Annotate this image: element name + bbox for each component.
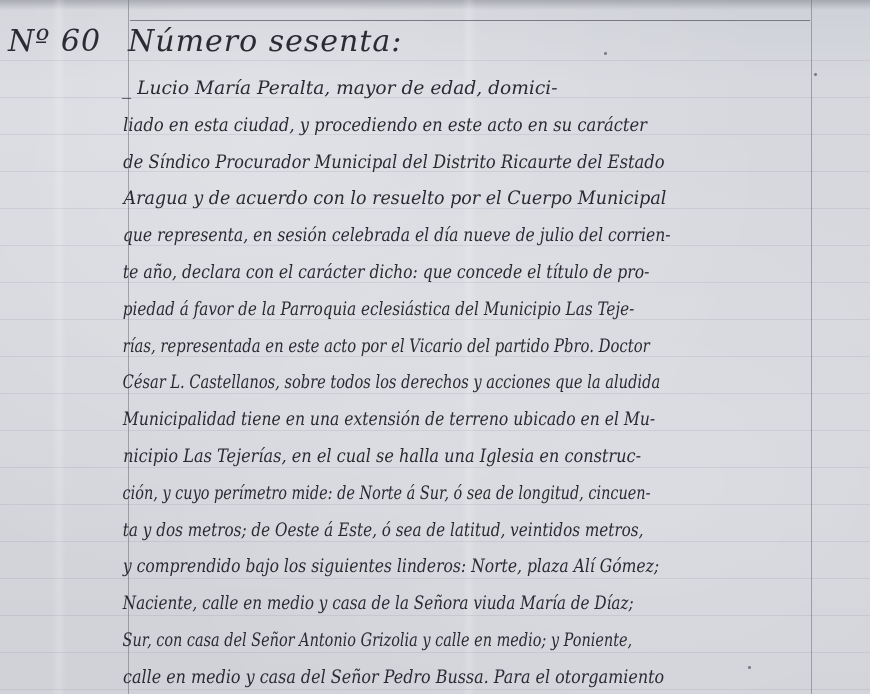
text-line: te año, declara con el carácter dicho: q…: [118, 254, 692, 291]
ruled-line: [0, 60, 870, 61]
header-rule: [130, 20, 810, 21]
text-line: ción, y cuyo perímetro mide: de Norte á …: [118, 475, 650, 512]
entry-title: Número sesenta:: [128, 24, 402, 59]
text-line: Municipalidad tiene en una extensión de …: [118, 401, 692, 438]
text-line: Aragua y de acuerdo con lo resuelto por …: [118, 180, 762, 217]
text-line: Sur, con casa del Señor Antonio Grizolia…: [118, 622, 650, 659]
text-line: de Síndico Procurador Municipal del Dist…: [118, 144, 720, 181]
text-line: nicipio Las Tejerías, en el cual se hall…: [118, 438, 713, 475]
text-line: Naciente, calle en medio y casa de la Se…: [118, 585, 678, 622]
text-line: ta y dos metros; de Oeste á Este, ó sea …: [118, 512, 678, 549]
text-line: César L. Castellanos, sobre todos los de…: [118, 364, 657, 401]
entry-number: Nº 60: [8, 24, 101, 59]
text-line: calle en medio y casa del Señor Pedro Bu…: [118, 659, 706, 694]
text-line: y comprendido bajo los siguientes linder…: [118, 548, 692, 585]
text-line: rías, representada en este acto por el V…: [118, 328, 664, 365]
scan-edge-shadow: [0, 0, 870, 10]
ink-speck: [604, 52, 607, 55]
text-line: _ Lucio María Peralta, mayor de edad, do…: [118, 70, 804, 107]
text-line: piedad á favor de la Parroquia eclesiást…: [118, 291, 678, 328]
text-line: que representa, en sesión celebrada el d…: [118, 217, 692, 254]
document-body: _ Lucio María Peralta, mayor de edad, do…: [118, 70, 818, 694]
paper-fold: [52, 0, 66, 694]
text-line: liado en esta ciudad, y procediendo en e…: [118, 107, 720, 144]
